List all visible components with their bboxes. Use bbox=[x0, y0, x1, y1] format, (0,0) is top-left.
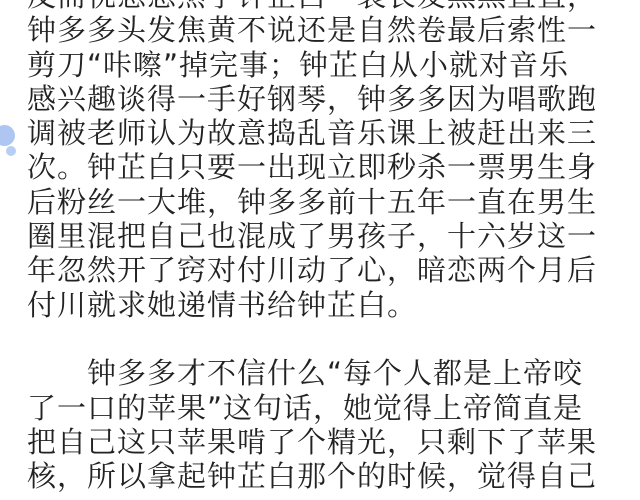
text-line: 调被老师认为故意捣乱音乐课上被赶出来三 bbox=[27, 116, 607, 150]
text-line: 钟多多头发焦黄不说还是自然卷最后索性一 bbox=[27, 13, 607, 47]
text-line: 感兴趣谈得一手好钢琴，钟多多因为唱歌跑 bbox=[27, 82, 607, 116]
text-line: 年忽然开了窍对付川动了心，暗恋两个月后 bbox=[27, 253, 607, 287]
text-line: 付川就求她递情书给钟芷白。 bbox=[27, 288, 607, 322]
text-line: 核，所以拿起钟芷白那个的时候，觉得自己 bbox=[27, 459, 607, 493]
reading-page: 反而忧愁愁煞了钟芷白一袭长发黑黑直直， 钟多多头发焦黄不说还是自然卷最后索性一 … bbox=[0, 0, 640, 500]
decorative-bubble-small bbox=[6, 146, 16, 156]
paragraph-spacer bbox=[27, 322, 607, 356]
paragraph-1: 反而忧愁愁煞了钟芷白一袭长发黑黑直直， 钟多多头发焦黄不说还是自然卷最后索性一 … bbox=[27, 0, 607, 322]
text-line: 次。钟芷白只要一出现立即秒杀一票男生身 bbox=[27, 150, 607, 184]
text-line: 剪刀“咔嚓”掉完事；钟芷白从小就对音乐 bbox=[27, 48, 607, 82]
text-line: 了一口的苹果”这句话，她觉得上帝简直是 bbox=[27, 391, 607, 425]
text-line: 圈里混把自己也混成了男孩子，十六岁这一 bbox=[27, 219, 607, 253]
text-line: 反而忧愁愁煞了钟芷白一袭长发黑黑直直， bbox=[27, 0, 607, 13]
text-line: 把自己这只苹果啃了个精光，只剩下了苹果 bbox=[27, 425, 607, 459]
paragraph-2: 钟多多才不信什么“每个人都是上帝咬 了一口的苹果”这句话，她觉得上帝简直是 把自… bbox=[27, 356, 607, 493]
text-line: 钟多多才不信什么“每个人都是上帝咬 bbox=[27, 356, 607, 390]
story-text: 反而忧愁愁煞了钟芷白一袭长发黑黑直直， 钟多多头发焦黄不说还是自然卷最后索性一 … bbox=[27, 0, 607, 493]
decorative-bubble-large bbox=[0, 125, 15, 146]
text-line: 后粉丝一大堆，钟多多前十五年一直在男生 bbox=[27, 185, 607, 219]
